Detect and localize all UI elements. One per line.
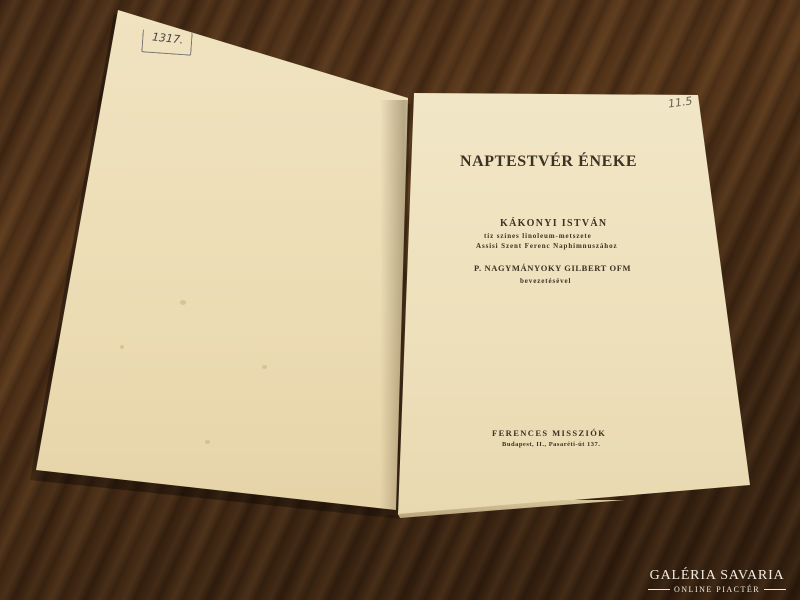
foxing-spot [180,300,186,305]
foxing-spot [120,345,124,349]
watermark-title: GALÉRIA SAVARIA [648,568,786,584]
introducer-name: P. NAGYMÁNYOKY GILBERT OFM [474,263,631,273]
watermark-subtitle: ONLINE PIACTÉR [674,585,760,594]
watermark: GALÉRIA SAVARIA ONLINE PIACTÉR [648,568,786,594]
introducer-subtitle: bevezetésével [520,277,571,285]
watermark-subtitle-row: ONLINE PIACTÉR [648,585,786,594]
foxing-spot [262,365,267,369]
foxing-spot [205,440,210,444]
publisher-name: FERENCES MISSZIÓK [492,428,606,438]
author-subtitle-2: Assisi Szent Ferenc Naphimnuszához [476,242,618,250]
publisher-address: Budapest, II., Pasaréti-út 137. [502,441,600,448]
book-title: NAPTESTVÉR ÉNEKE [460,153,637,171]
author-subtitle-1: tíz színes linoleum-metszete [484,232,592,240]
divider [764,589,786,590]
divider [648,589,670,590]
author-name: KÁKONYI ISTVÁN [500,218,607,229]
